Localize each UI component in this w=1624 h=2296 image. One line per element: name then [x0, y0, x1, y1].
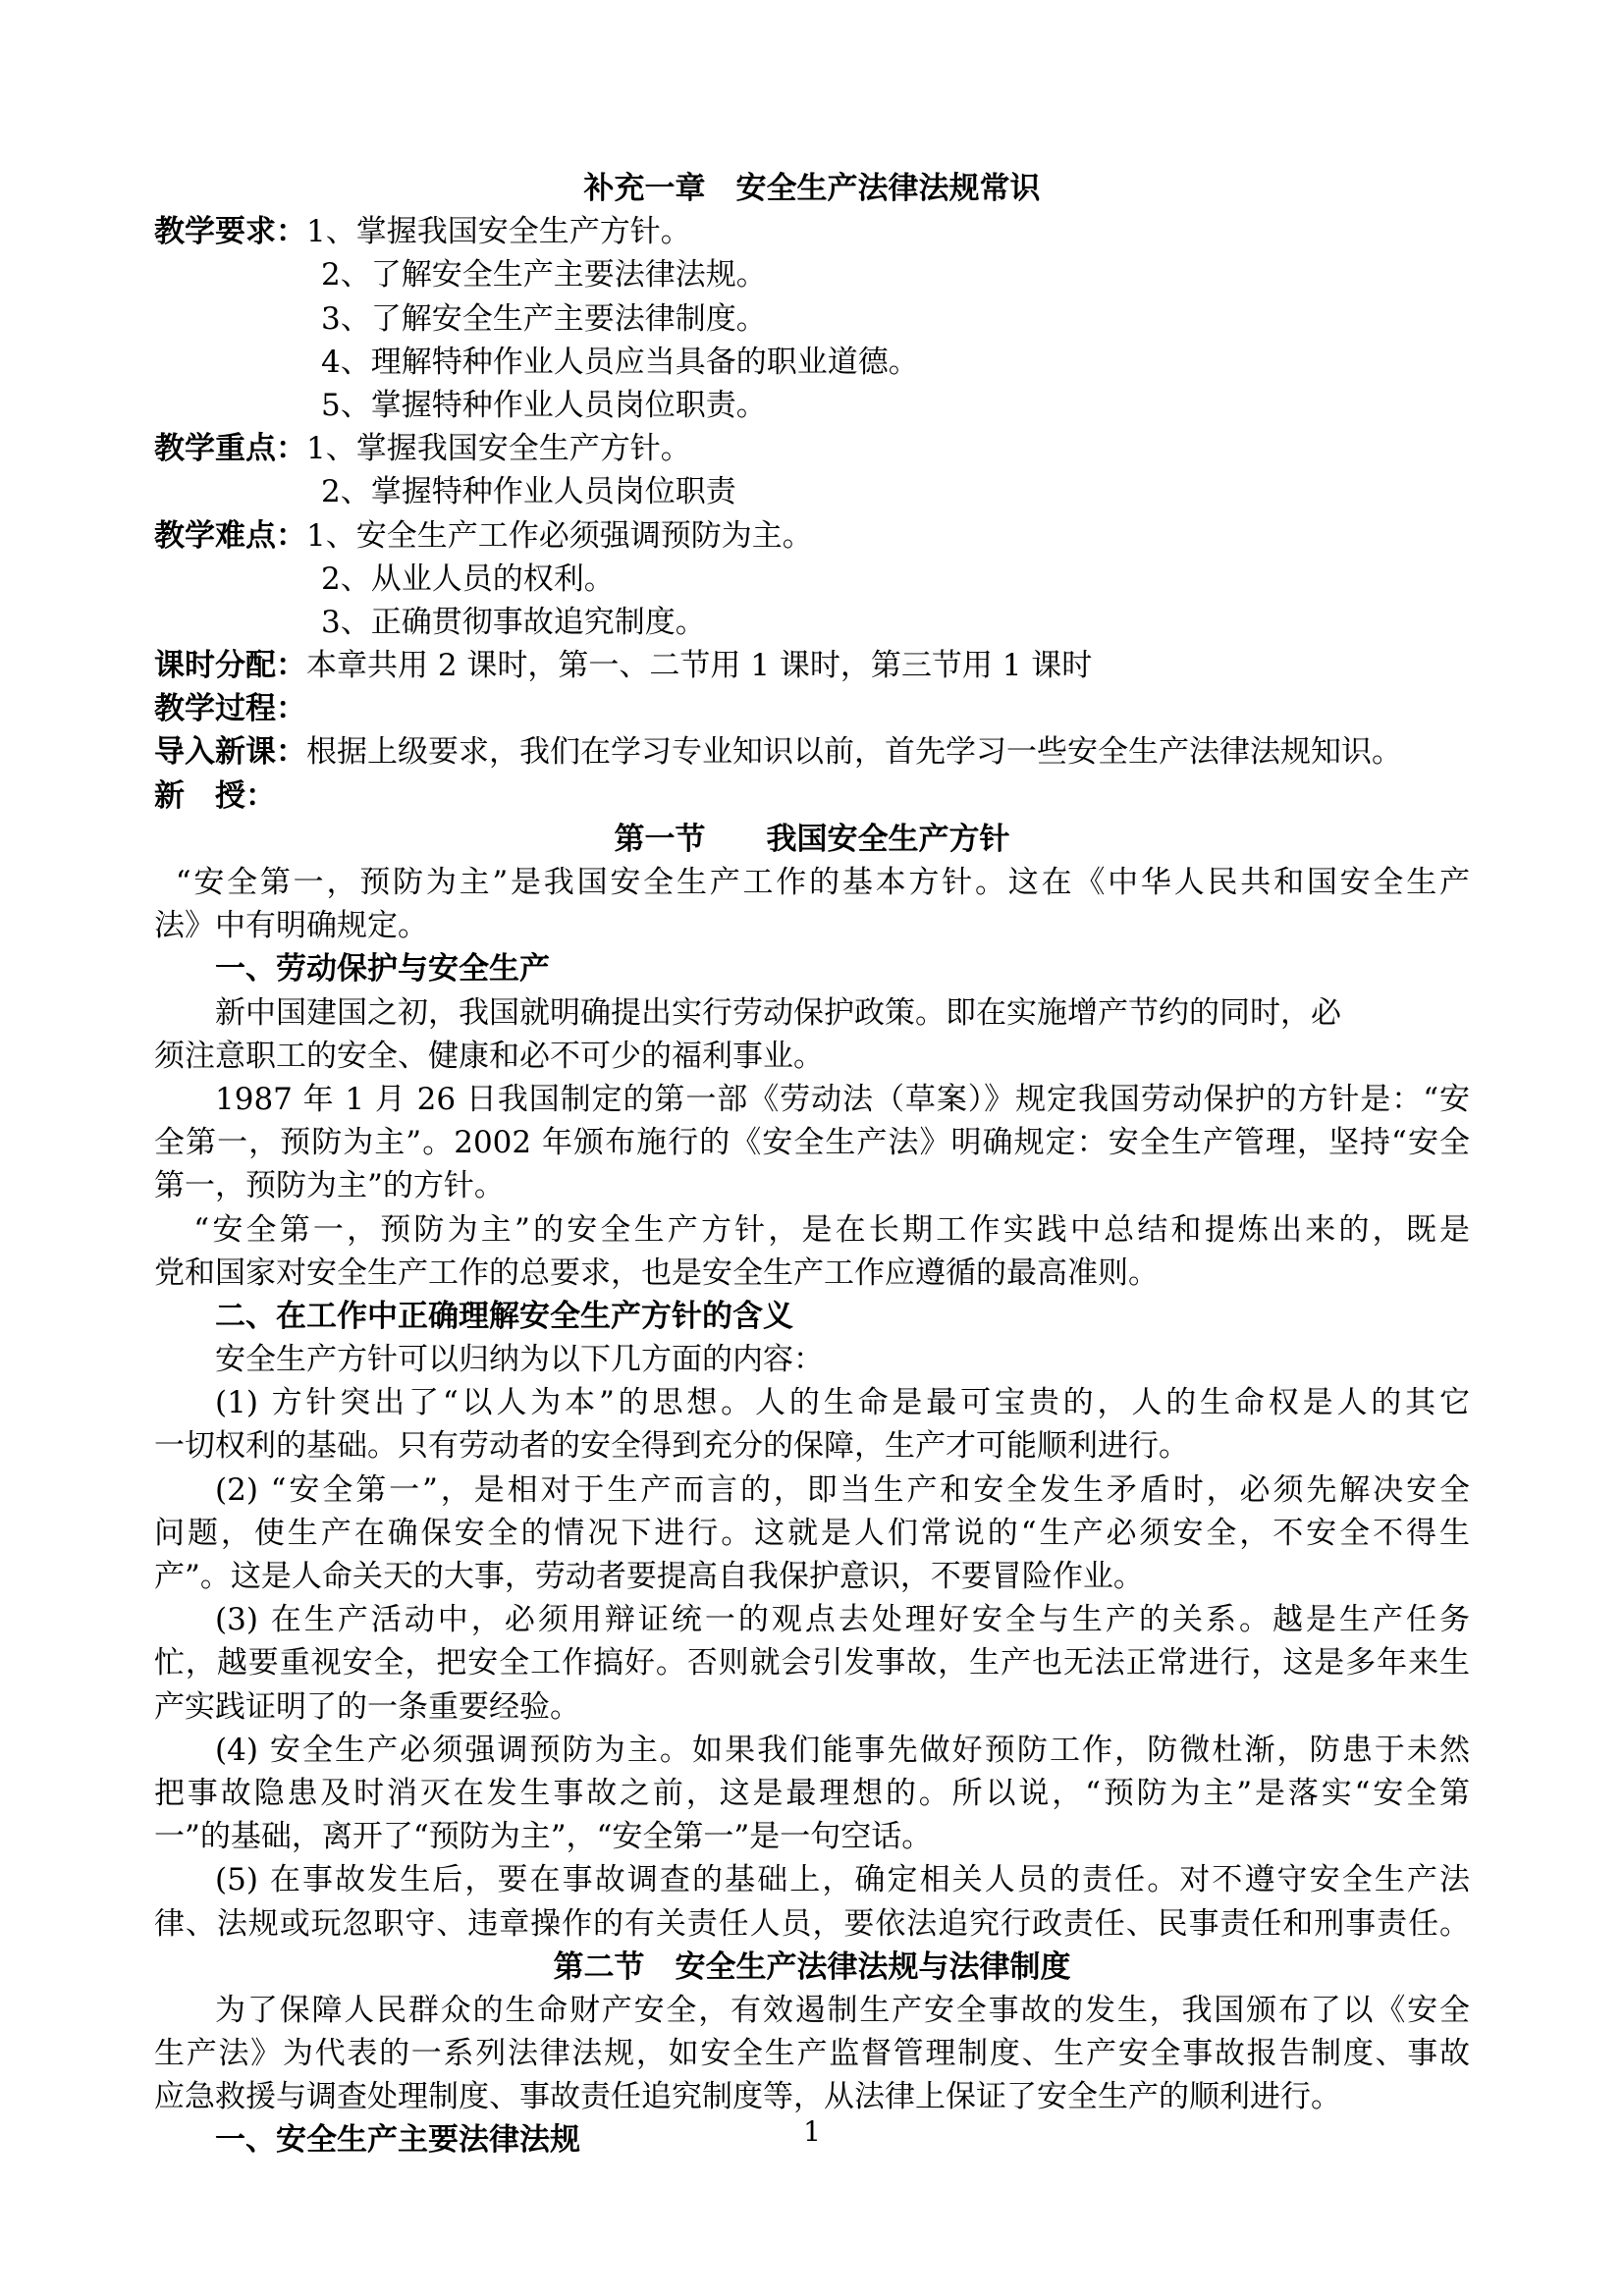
section-2-heading: 第二节 安全生产法律法规与法律制度 — [154, 1946, 1470, 1989]
paragraph-line: 党和国家对安全生产工作的总要求，也是安全生产工作应遵循的最高准则。 — [154, 1252, 1470, 1295]
paragraph-line: 生产法》为代表的一系列法律法规，如安全生产监督管理制度、生产安全事故报告制度、事… — [154, 2032, 1470, 2075]
difficulty-item: 1、安全生产工作必须强调预防为主。 — [306, 518, 813, 554]
paragraph-line: 安全生产方针可以归纳为以下几方面的内容： — [154, 1338, 1470, 1381]
teaching-difficulties-row: 教学难点：1、安全生产工作必须强调预防为主。 — [154, 514, 1470, 558]
section-1-heading: 第一节 我国安全生产方针 — [154, 818, 1470, 861]
page-number: 1 — [0, 2115, 1624, 2148]
intro-text: 根据上级要求，我们在学习专业知识以前，首先学习一些安全生产法律法规知识。 — [306, 734, 1402, 770]
point-line: (2) “安全第一”，是相对于生产而言的，即当生产和安全发生矛盾时，必须先解决安… — [154, 1468, 1470, 1512]
point-line: (4) 安全生产必须强调预防为主。如果我们能事先做好预防工作，防微杜渐，防患于未… — [154, 1729, 1470, 1772]
paragraph-line: 第一，预防为主”的方针。 — [154, 1164, 1470, 1207]
point-line: (1) 方针突出了“以人为本”的思想。人的生命是最可宝贵的，人的生命权是人的其它 — [154, 1381, 1470, 1424]
paragraph-line: 法》中有明确规定。 — [154, 904, 1470, 947]
teaching-requirements-label: 教学要求： — [154, 214, 306, 249]
teaching-focus-row: 教学重点：1、掌握我国安全生产方针。 — [154, 427, 1470, 470]
paragraph-line: “安全第一，预防为主”的安全生产方针，是在长期工作实践中总结和提炼出来的，既是 — [154, 1208, 1470, 1252]
teaching-focus-label: 教学重点： — [154, 431, 306, 466]
point-line: 问题，使生产在确保安全的情况下进行。这就是人们常说的“生产必须安全，不安全不得生 — [154, 1512, 1470, 1555]
subsection-heading: 二、在工作中正确理解安全生产方针的含义 — [154, 1295, 1470, 1338]
requirement-item: 4、理解特种作业人员应当具备的职业道德。 — [154, 341, 1470, 384]
point-line: 产”。这是人命关天的大事，劳动者要提高自我保护意识，不要冒险作业。 — [154, 1555, 1470, 1598]
focus-item: 2、掌握特种作业人员岗位职责 — [154, 470, 1470, 513]
difficulty-item: 2、从业人员的权利。 — [154, 558, 1470, 601]
paragraph-line: 应急救援与调查处理制度、事故责任追究制度等，从法律上保证了安全生产的顺利进行。 — [154, 2075, 1470, 2118]
paragraph-line: 须注意职工的安全、健康和必不可少的福利事业。 — [154, 1035, 1470, 1078]
point-line: (5) 在事故发生后，要在事故调查的基础上，确定相关人员的责任。对不遵守安全生产… — [154, 1858, 1470, 1901]
class-hours-text: 本章共用 2 课时，第一、二节用 1 课时，第三节用 1 课时 — [306, 648, 1092, 683]
requirement-item: 5、掌握特种作业人员岗位职责。 — [154, 384, 1470, 427]
document-page: 补充一章 安全生产法律法规常识 教学要求：1、掌握我国安全生产方针。 2、了解安… — [154, 167, 1470, 2163]
paragraph-line: 1987 年 1 月 26 日我国制定的第一部《劳动法（草案）》规定我国劳动保护… — [154, 1078, 1470, 1121]
point-line: 一”的基础，离开了“预防为主”，“安全第一”是一句空话。 — [154, 1815, 1470, 1858]
paragraph-line: “安全第一，预防为主”是我国安全生产工作的基本方针。这在《中华人民共和国安全生产 — [154, 861, 1470, 904]
point-line: (3) 在生产活动中，必须用辩证统一的观点去处理好安全与生产的关系。越是生产任务 — [154, 1598, 1470, 1641]
teaching-process-label: 教学过程： — [154, 687, 1470, 730]
new-lesson-label: 新 授： — [154, 774, 1470, 818]
difficulty-item: 3、正确贯彻事故追究制度。 — [154, 601, 1470, 644]
subsection-heading: 一、劳动保护与安全生产 — [154, 947, 1470, 990]
paragraph-line: 新中国建国之初，我国就明确提出实行劳动保护政策。即在实施增产节约的同时，必 — [154, 991, 1470, 1035]
paragraph-line: 全第一，预防为主”。2002 年颁布施行的《安全生产法》明确规定：安全生产管理，… — [154, 1121, 1470, 1164]
requirement-item: 3、了解安全生产主要法律制度。 — [154, 297, 1470, 341]
point-line: 一切权利的基础。只有劳动者的安全得到充分的保障，生产才可能顺利进行。 — [154, 1424, 1470, 1468]
point-line: 忙，越要重视安全，把安全工作搞好。否则就会引发事故，生产也无法正常进行，这是多年… — [154, 1641, 1470, 1684]
focus-item: 1、掌握我国安全生产方针。 — [306, 431, 691, 466]
intro-label: 导入新课： — [154, 734, 306, 770]
point-line: 产实践证明了的一条重要经验。 — [154, 1685, 1470, 1729]
intro-row: 导入新课：根据上级要求，我们在学习专业知识以前，首先学习一些安全生产法律法规知识… — [154, 730, 1470, 774]
teaching-difficulties-label: 教学难点： — [154, 518, 306, 554]
class-hours-label: 课时分配： — [154, 648, 306, 683]
requirement-item: 1、掌握我国安全生产方针。 — [306, 214, 691, 249]
point-line: 律、法规或玩忽职守、违章操作的有关责任人员，要依法追究行政责任、民事责任和刑事责… — [154, 1902, 1470, 1946]
chapter-title: 补充一章 安全生产法律法规常识 — [154, 167, 1470, 210]
point-line: 把事故隐患及时消灭在发生事故之前，这是最理想的。所以说，“预防为主”是落实“安全… — [154, 1772, 1470, 1815]
paragraph-line: 为了保障人民群众的生命财产安全，有效遏制生产安全事故的发生，我国颁布了以《安全 — [154, 1989, 1470, 2032]
requirement-item: 2、了解安全生产主要法律法规。 — [154, 253, 1470, 296]
class-hours-row: 课时分配：本章共用 2 课时，第一、二节用 1 课时，第三节用 1 课时 — [154, 644, 1470, 687]
teaching-requirements-row: 教学要求：1、掌握我国安全生产方针。 — [154, 210, 1470, 253]
